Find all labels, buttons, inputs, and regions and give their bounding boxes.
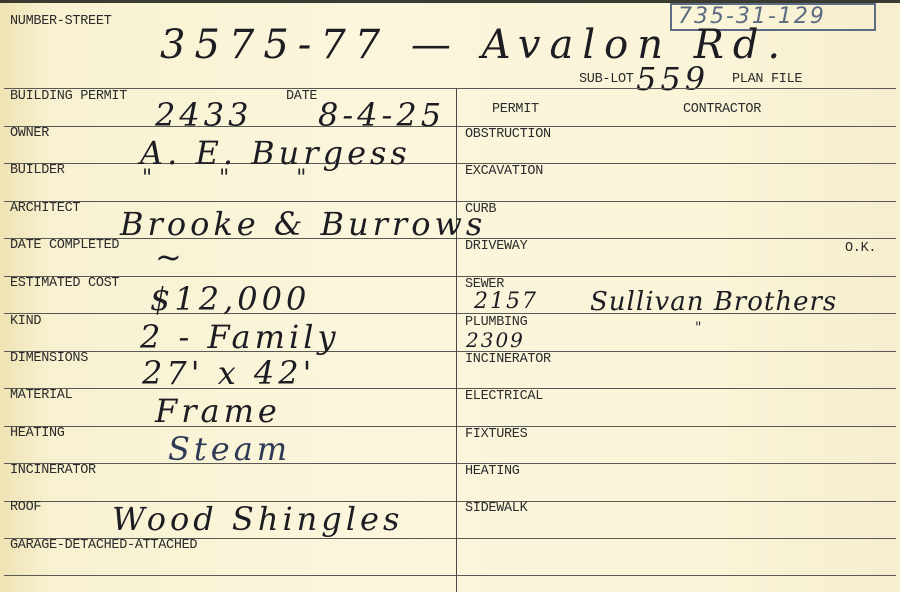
sewer-permit-value: 2157 [474,289,538,314]
rule [4,575,896,576]
contractor-column-header: CONTRACTOR [683,102,761,117]
plumbing-contractor-value: " [695,320,703,336]
building-permit-card: 735-31-129 NUMBER-STREET 3575-77 — Avalo… [0,0,900,592]
owner-label: OWNER [10,126,49,141]
driveway-label: DRIVEWAY [465,239,527,254]
number-street-label: NUMBER-STREET [10,14,111,29]
date-completed-value: ~ [155,238,186,276]
date-value: 8-4-25 [318,96,445,134]
material-value: Frame [155,392,281,430]
estimated-cost-label: ESTIMATED COST [10,276,119,291]
rule [4,388,896,389]
dimensions-value: 27' x 42' [142,354,315,392]
driveway-note: O.K. [845,241,876,256]
fixtures-label: FIXTURES [465,427,527,442]
dimensions-label: DIMENSIONS [10,351,88,366]
heating-value: Steam [168,430,291,468]
heating-permit-label: HEATING [465,464,520,479]
sub-lot-value: 559 [636,60,709,98]
garage-label: GARAGE-DETACHED-ATTACHED [10,538,197,553]
rule [4,126,896,127]
architect-label: ARCHITECT [10,201,80,216]
incinerator-label: INCINERATOR [10,463,96,478]
obstruction-label: OBSTRUCTION [465,127,551,142]
material-label: MATERIAL [10,388,72,403]
estimated-cost-value: $12,000 [150,280,310,318]
rule [4,463,896,464]
rule [4,163,896,164]
rule [4,88,896,89]
kind-label: KIND [10,314,41,329]
excavation-label: EXCAVATION [465,164,543,179]
date-label: DATE [286,89,317,104]
date-completed-label: DATE COMPLETED [10,238,119,253]
builder-value: " " " [142,166,336,191]
plumbing-permit-value: 2309 [466,328,525,352]
sidewalk-label: SIDEWALK [465,501,527,516]
plan-file-label: PLAN FILE [732,72,802,87]
column-divider [456,88,457,592]
electrical-label: ELECTRICAL [465,389,543,404]
heating-label: HEATING [10,426,65,441]
rule [4,426,896,427]
roof-value: Wood Shingles [112,500,403,538]
curb-label: CURB [465,202,496,217]
building-permit-label: BUILDING PERMIT [10,89,127,104]
sub-lot-label: SUB-LOT [579,72,634,87]
roof-label: ROOF [10,500,41,515]
incinerator-permit-label: INCINERATOR [465,352,551,367]
rule [4,351,896,352]
builder-label: BUILDER [10,163,65,178]
rule [4,201,896,202]
rule [4,276,896,277]
sewer-contractor-value: Sullivan Brothers [590,287,837,317]
permit-column-header: PERMIT [492,102,539,117]
building-permit-value: 2433 [155,96,252,134]
kind-value: 2 - Family [140,318,340,356]
